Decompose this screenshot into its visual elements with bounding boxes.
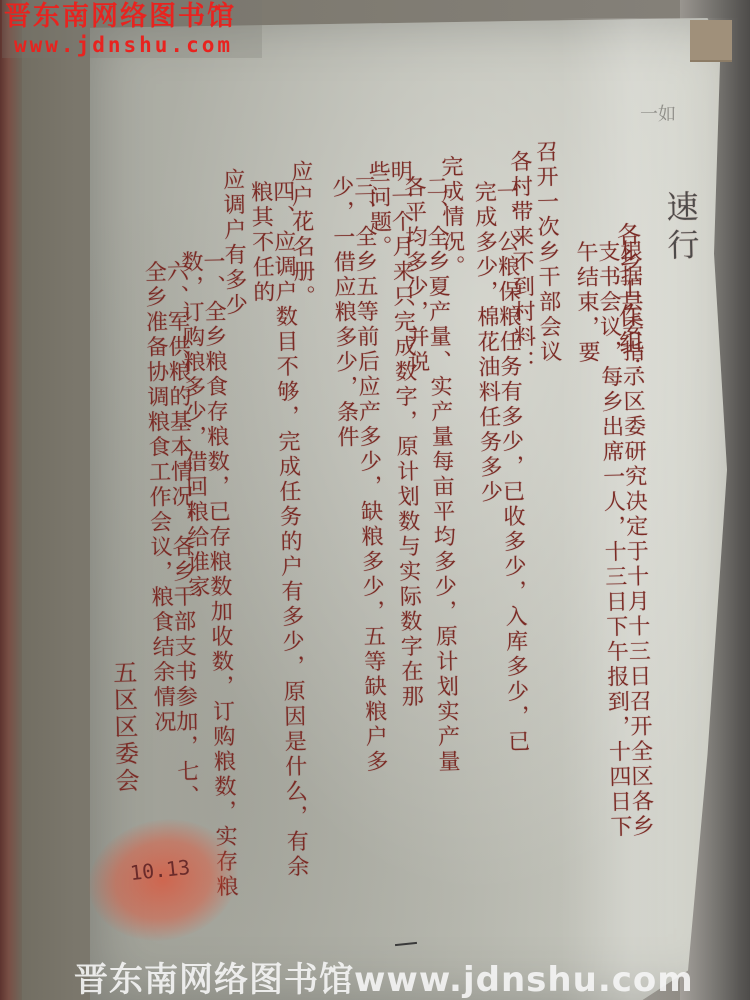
- signature: 五区区委会: [111, 660, 138, 795]
- watermark-url: www.jdnshu.com: [14, 33, 233, 57]
- paper-tab: [690, 20, 732, 62]
- watermark-title: 晋东南网络图书馆: [4, 0, 236, 33]
- pencil-note-urgent: 速行: [664, 190, 698, 267]
- book-binding-edge: [0, 0, 22, 1000]
- watermark-bottom: 晋东南网络图书馆www.jdnshu.com: [74, 960, 694, 1000]
- pencil-scribble: 一如: [640, 100, 676, 126]
- text-column-1: 根据县委指示区委研究决定于十月十三日召开全区各乡支书会议，每乡出席一人，十三日下…: [574, 239, 653, 840]
